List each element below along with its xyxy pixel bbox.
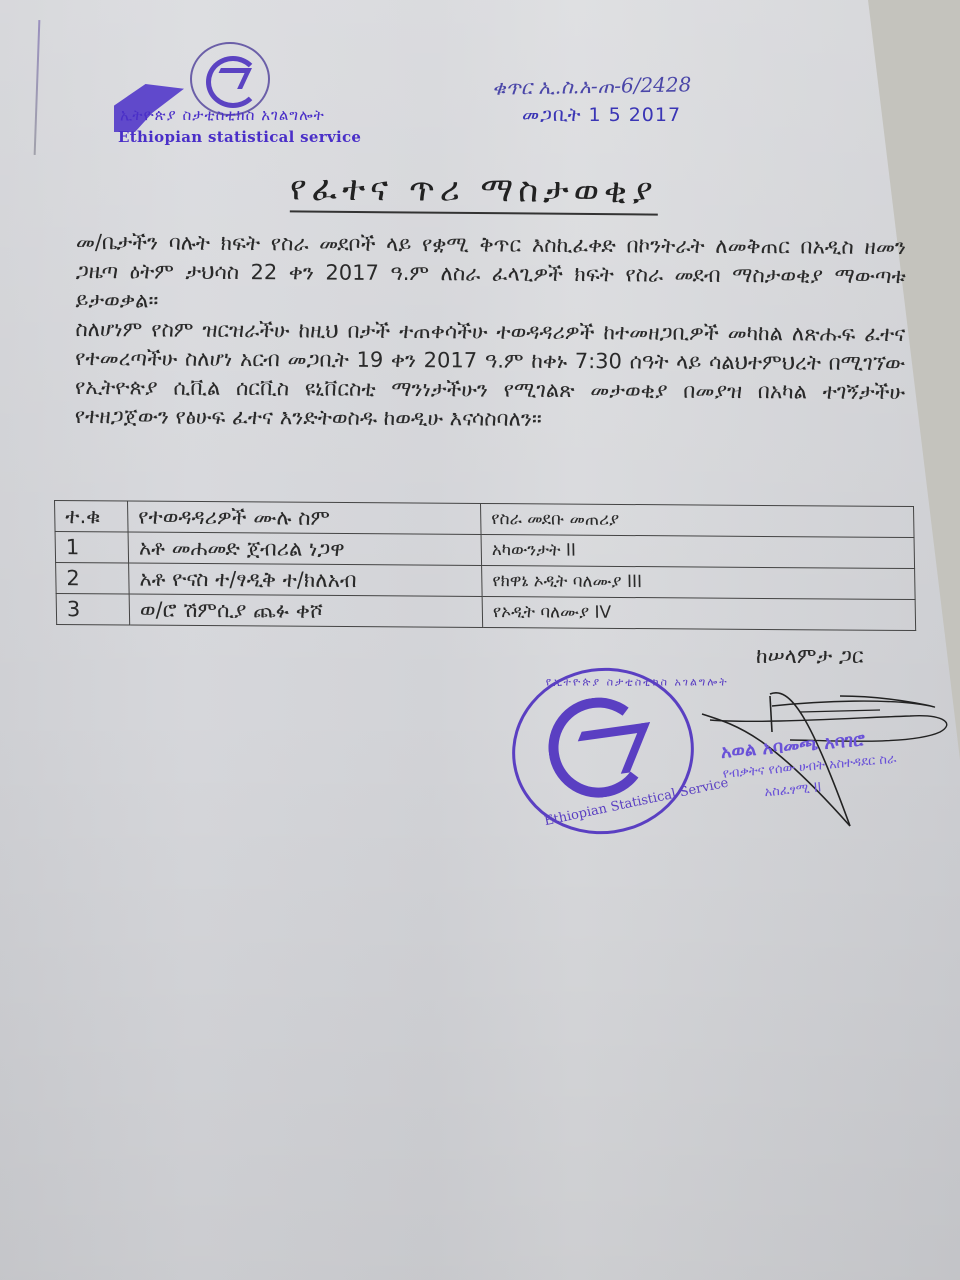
header-serial-no: ተ.ቁ — [55, 501, 129, 533]
date-stamp: መጋቢት 1 5 2017 — [522, 104, 681, 126]
header-position: የስራ መደቡ መጠሪያ — [480, 503, 914, 537]
cell-position: የክዋኔ ኦዲት ባለሙያ III — [482, 565, 916, 599]
closing-salutation: ከሠላምታ ጋር — [756, 644, 863, 669]
body-paragraph: መ/ቤታችን ባሉት ክፍት የስራ መደቦች ላይ የቋሚ ቅጥር እስኪፈቀ… — [75, 228, 906, 320]
cell-serial-no: 1 — [55, 532, 129, 564]
body-paragraph: ስለሆነም የስም ዝርዝራችሁ ከዚህ በታች ተጠቀሳችሁ ተወዳዳሪዎች … — [75, 315, 906, 436]
cell-serial-no: 3 — [56, 594, 130, 626]
cell-position: አካውንታት II — [481, 534, 915, 568]
cell-full-name: አቶ መሐመድ ጀብሪል ነጋዋ — [128, 532, 482, 565]
logo-english-text: Ethiopian statistical service — [118, 128, 361, 146]
header-full-name: የተወዳዳሪዎች ሙሉ ስም — [128, 501, 482, 534]
ess-logo-icon — [190, 42, 270, 116]
cell-full-name: አቶ ዮናስ ተ/ፃዲቅ ተ/ክለአብ — [129, 563, 483, 596]
document-title: የፈተና ጥሪ ማስታወቂያ — [290, 168, 658, 215]
cell-serial-no: 2 — [56, 563, 130, 595]
table-row: 3 ወ/ሮ ሽምሲያ ጨፉ ቀሾ የኦዲት ባለሙያ IV — [56, 594, 916, 631]
cell-position: የኦዲት ባለሙያ IV — [482, 596, 916, 630]
header-logo-stamp: ኢትዮጵያ ስታቲስቲክስ አገልግሎት Ethiopian statistic… — [112, 40, 352, 150]
notice-body: መ/ቤታችን ባሉት ክፍት የስራ መደቦች ላይ የቋሚ ቅጥር እስኪፈቀ… — [75, 228, 906, 436]
cell-full-name: ወ/ሮ ሽምሲያ ጨፉ ቀሾ — [129, 594, 483, 627]
reference-number: ቁጥር ኢ.ስ.አ-ጠ-6/2428 — [492, 72, 692, 99]
candidates-table: ተ.ቁ የተወዳዳሪዎች ሙሉ ስም የስራ መደቡ መጠሪያ 1 አቶ መሐመ… — [54, 500, 916, 631]
logo-amharic-text: ኢትዮጵያ ስታቲስቲክስ አገልግሎት — [120, 106, 325, 124]
